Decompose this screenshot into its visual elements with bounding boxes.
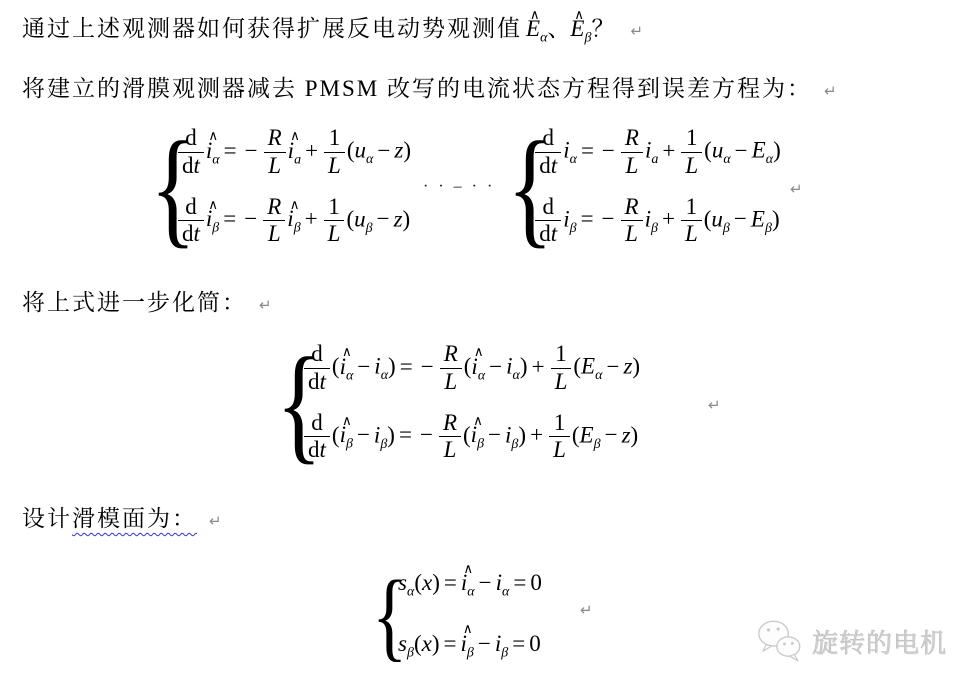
math-token: L — [685, 221, 698, 246]
math-token: = — [444, 570, 457, 595]
math-token: 1L — [681, 126, 702, 179]
math-token: + — [662, 138, 675, 163]
math-token: R — [444, 341, 458, 366]
equation-block-simplified: { ddt(∧iα−iα)=−RL(∧iα−iα)+1L(Eα−z) ddt(∧… — [276, 342, 640, 463]
math-token: β — [651, 221, 658, 236]
equation-row: ddt(∧iα−iα)=−RL(∧iα−iα)+1L(Eα−z) — [302, 342, 640, 395]
paragraph-mark-icon: ↵ — [630, 22, 643, 40]
equation-system-sliding-surface: { sα(x)=∧iα−iα=0 sβ(x)=∧iβ−iβ=0 — [372, 570, 542, 661]
math-token: α — [570, 152, 577, 167]
math-token: L — [685, 153, 698, 178]
math-token: u — [712, 138, 724, 163]
paragraph-mark-icon: ↵ — [259, 296, 272, 314]
math-token: − — [479, 570, 492, 595]
math-token: ( — [572, 422, 580, 447]
math-token: 1L — [551, 342, 572, 395]
paragraph-1: 通过上述观测器如何获得扩展反电动势观测值∧Eα、∧Eβ？↵ — [22, 10, 643, 47]
math-token: ) — [773, 138, 781, 163]
math-token: RL — [621, 126, 643, 179]
math-token: 1 — [554, 410, 566, 435]
math-token: − — [420, 422, 433, 447]
equation-system-observer: { ddt∧iα=−RL∧ia+1L(uα−z) ddt∧iβ=−RL∧iβ+1… — [150, 126, 411, 247]
math-token: ( — [464, 354, 472, 379]
equation-system-pmsm: { ddtiα=−RLia+1L(uα−Eα) ddtiβ=−RLiβ+1L(u… — [507, 126, 780, 247]
equation-rows: ddtiα=−RLia+1L(uα−Eα) ddtiβ=−RLiβ+1L(uβ−… — [533, 126, 780, 247]
left-brace: { — [372, 566, 407, 666]
equation-separator-dots: · · – · · — [423, 178, 495, 196]
paragraph-mark-icon: ↵ — [580, 601, 593, 619]
math-token: L — [444, 369, 457, 394]
math-token: + — [305, 138, 318, 163]
math-token: + — [532, 354, 545, 379]
math-token: − — [606, 354, 619, 379]
math-token: ) — [518, 422, 526, 447]
math-token: α — [366, 152, 373, 167]
math-token: ∧iα — [471, 354, 485, 385]
math-token: = — [224, 138, 237, 163]
math-token: ∧iβ — [206, 206, 219, 237]
math-token: E — [580, 422, 594, 447]
watermark: 旋转的电机 — [756, 618, 947, 664]
math-token: ∧iα — [340, 354, 354, 385]
paragraph-2: 将建立的滑膜观测器减去 PMSM 改写的电流状态方程得到误差方程为：↵ — [22, 70, 837, 103]
math-token: ∧iβ — [340, 422, 353, 453]
paragraph-4-prefix: 设计 — [22, 506, 72, 531]
math-token: = — [581, 138, 594, 163]
math-token: β — [407, 645, 414, 660]
math-token: − — [735, 138, 748, 163]
math-token: ( — [332, 354, 340, 379]
math-token: ( — [332, 422, 340, 447]
math-token: ( — [704, 138, 712, 163]
math-token: − — [488, 422, 501, 447]
math-token: 1 — [328, 194, 340, 219]
math-token: ( — [463, 422, 471, 447]
paragraph-3: 将上式进一步化简：↵ — [22, 284, 272, 317]
paragraph-mark-icon: ↵ — [708, 396, 721, 414]
math-token: 1 — [686, 125, 698, 150]
equation-row: ddt(∧iβ−iβ)=−RL(∧iβ−iβ)+1L(Eβ−z) — [302, 411, 640, 464]
math-token: ∧iα — [206, 138, 220, 169]
math-token: − — [377, 206, 390, 231]
left-brace: { — [150, 121, 196, 252]
math-token: = — [581, 206, 594, 231]
math-token: = — [400, 354, 413, 379]
equation-rows: sα(x)=∧iα−iα=0 sβ(x)=∧iβ−iβ=0 — [398, 570, 542, 661]
math-token: β — [570, 221, 577, 236]
math-token: L — [268, 221, 281, 246]
equation-rows: ddt(∧iα−iα)=−RL(∧iα−iα)+1L(Eα−z) ddt(∧iβ… — [302, 342, 640, 463]
math-token: x — [422, 631, 432, 656]
equation-row: ddtiβ=−RLiβ+1L(uβ−Eβ) — [533, 195, 780, 248]
math-token: E — [752, 138, 766, 163]
math-token: ( — [573, 354, 581, 379]
math-token: = — [223, 206, 236, 231]
math-token: ∧Eα — [526, 16, 547, 47]
math-token: − — [602, 206, 615, 231]
math-token: ) — [403, 206, 411, 231]
math-token: 0 — [530, 570, 542, 595]
math-token: − — [245, 138, 258, 163]
math-token: = — [444, 631, 457, 656]
math-token: x — [422, 570, 432, 595]
math-token: ∧iβ — [460, 631, 473, 662]
document-page: 通过上述观测器如何获得扩展反电动势观测值∧Eα、∧Eβ？↵ 将建立的滑膜观测器减… — [0, 0, 953, 683]
math-token: − — [605, 422, 618, 447]
paragraph-1-text: 通过上述观测器如何获得扩展反电动势观测值 — [22, 16, 522, 41]
equation-row: ddt∧iα=−RL∧ia+1L(uα−z) — [176, 126, 411, 179]
math-token: β — [594, 437, 601, 452]
math-token: ) — [432, 631, 440, 656]
math-token: ) — [631, 422, 639, 447]
math-token: u — [711, 206, 723, 231]
math-token: − — [357, 354, 370, 379]
paragraph-mark-icon: ↵ — [790, 180, 803, 198]
equation-system-simplified: { ddt(∧iα−iα)=−RL(∧iα−iα)+1L(Eα−z) ddt(∧… — [276, 342, 640, 463]
math-token: L — [555, 369, 568, 394]
paragraph-2-text: 将建立的滑膜观测器减去 PMSM 改写的电流状态方程得到误差方程为： — [22, 76, 812, 101]
math-token: 1 — [555, 341, 567, 366]
math-token: L — [268, 153, 281, 178]
paragraph-4: 设计滑模面为：↵ — [22, 500, 222, 533]
math-token: L — [444, 437, 457, 462]
math-token: β — [501, 645, 508, 660]
paragraph-4-wavy-underline-text: 滑模面为： — [72, 506, 197, 531]
math-token: RL — [264, 126, 286, 179]
math-token: ) — [403, 138, 411, 163]
paragraph-mark-icon: ↵ — [209, 512, 222, 530]
math-token: ( — [346, 206, 354, 231]
math-token: α — [595, 368, 602, 383]
math-token: ) — [772, 206, 780, 231]
math-token: z — [394, 138, 403, 163]
math-token: E — [751, 206, 765, 231]
math-token: − — [478, 631, 491, 656]
math-token: + — [530, 422, 543, 447]
math-token: ) — [520, 354, 528, 379]
math-token: a — [651, 152, 658, 167]
math-token: β — [366, 221, 373, 236]
math-token: α — [723, 152, 730, 167]
math-token: ∧Eβ — [570, 16, 591, 47]
math-token: R — [625, 194, 639, 219]
math-token: = — [399, 422, 412, 447]
math-token: ∧iβ — [471, 422, 484, 453]
math-token: u — [355, 138, 367, 163]
left-brace: { — [276, 337, 322, 468]
math-token: 1L — [324, 126, 345, 179]
math-token: = — [513, 570, 526, 595]
equation-row: sβ(x)=∧iβ−iβ=0 — [398, 631, 542, 662]
math-token: ( — [414, 631, 422, 656]
math-token: L — [626, 153, 639, 178]
math-token: β — [765, 221, 772, 236]
math-token: ∧ia — [288, 138, 301, 169]
math-token: β — [723, 221, 730, 236]
equation-row: sα(x)=∧iα−iα=0 — [398, 570, 542, 601]
math-token: 1L — [324, 195, 345, 248]
equation-row: ddtiα=−RLia+1L(uα−Eα) — [533, 126, 780, 179]
math-token: α — [381, 368, 388, 383]
math-token: 1 — [686, 194, 698, 219]
paragraph-3-text: 将上式进一步化简： — [22, 290, 247, 315]
paragraph-mark-icon: ↵ — [824, 82, 837, 100]
math-token: ) — [388, 354, 396, 379]
math-token: − — [489, 354, 502, 379]
math-token: 0 — [529, 631, 541, 656]
watermark-text: 旋转的电机 — [812, 623, 947, 660]
equation-block-error: { ddt∧iα=−RL∧ia+1L(uα−z) ddt∧iβ=−RL∧iβ+1… — [150, 126, 781, 247]
math-token: − — [244, 206, 257, 231]
math-token: RL — [440, 342, 462, 395]
inline-math-E-hat-alpha-beta: ∧Eα、∧Eβ？ — [526, 16, 614, 41]
math-token: 1L — [681, 195, 702, 248]
math-token: 1L — [549, 411, 570, 464]
math-token: ) — [387, 422, 395, 447]
math-token: R — [625, 125, 639, 150]
math-token: RL — [439, 411, 461, 464]
math-token: ？ — [591, 16, 614, 41]
math-token: R — [268, 125, 282, 150]
math-token: α — [766, 152, 773, 167]
math-token: z — [622, 422, 631, 447]
math-token: L — [328, 221, 341, 246]
math-token: − — [357, 422, 370, 447]
math-token: L — [328, 153, 341, 178]
math-token: E — [581, 354, 595, 379]
math-token: ) — [632, 354, 640, 379]
math-token: z — [394, 206, 403, 231]
math-token: + — [662, 206, 675, 231]
math-token: ∧iβ — [287, 206, 300, 237]
math-token: RL — [263, 195, 285, 248]
math-token: L — [625, 221, 638, 246]
math-token: ) — [432, 570, 440, 595]
equation-row: ddt∧iβ=−RL∧iβ+1L(uβ−z) — [176, 195, 411, 248]
math-token: α — [502, 585, 509, 600]
math-token: − — [421, 354, 434, 379]
math-token: − — [377, 138, 390, 163]
math-token: u — [354, 206, 366, 231]
equation-block-sliding-surface: { sα(x)=∧iα−iα=0 sβ(x)=∧iβ−iβ=0 — [372, 570, 542, 661]
math-token: R — [443, 410, 457, 435]
math-token: ( — [414, 570, 422, 595]
math-token: RL — [621, 195, 643, 248]
equation-rows: ddt∧iα=−RL∧ia+1L(uα−z) ddt∧iβ=−RL∧iβ+1L(… — [176, 126, 411, 247]
left-brace: { — [507, 121, 553, 252]
math-token: R — [267, 194, 281, 219]
math-token: ( — [347, 138, 355, 163]
math-token: + — [305, 206, 318, 231]
math-token: L — [553, 437, 566, 462]
math-token: − — [602, 138, 615, 163]
wechat-logo-icon — [756, 618, 804, 664]
math-token: 1 — [329, 125, 341, 150]
math-token: α — [513, 368, 520, 383]
math-token: 、 — [547, 16, 570, 41]
math-token: ∧iα — [461, 570, 475, 601]
math-token: = — [512, 631, 525, 656]
math-token: − — [734, 206, 747, 231]
